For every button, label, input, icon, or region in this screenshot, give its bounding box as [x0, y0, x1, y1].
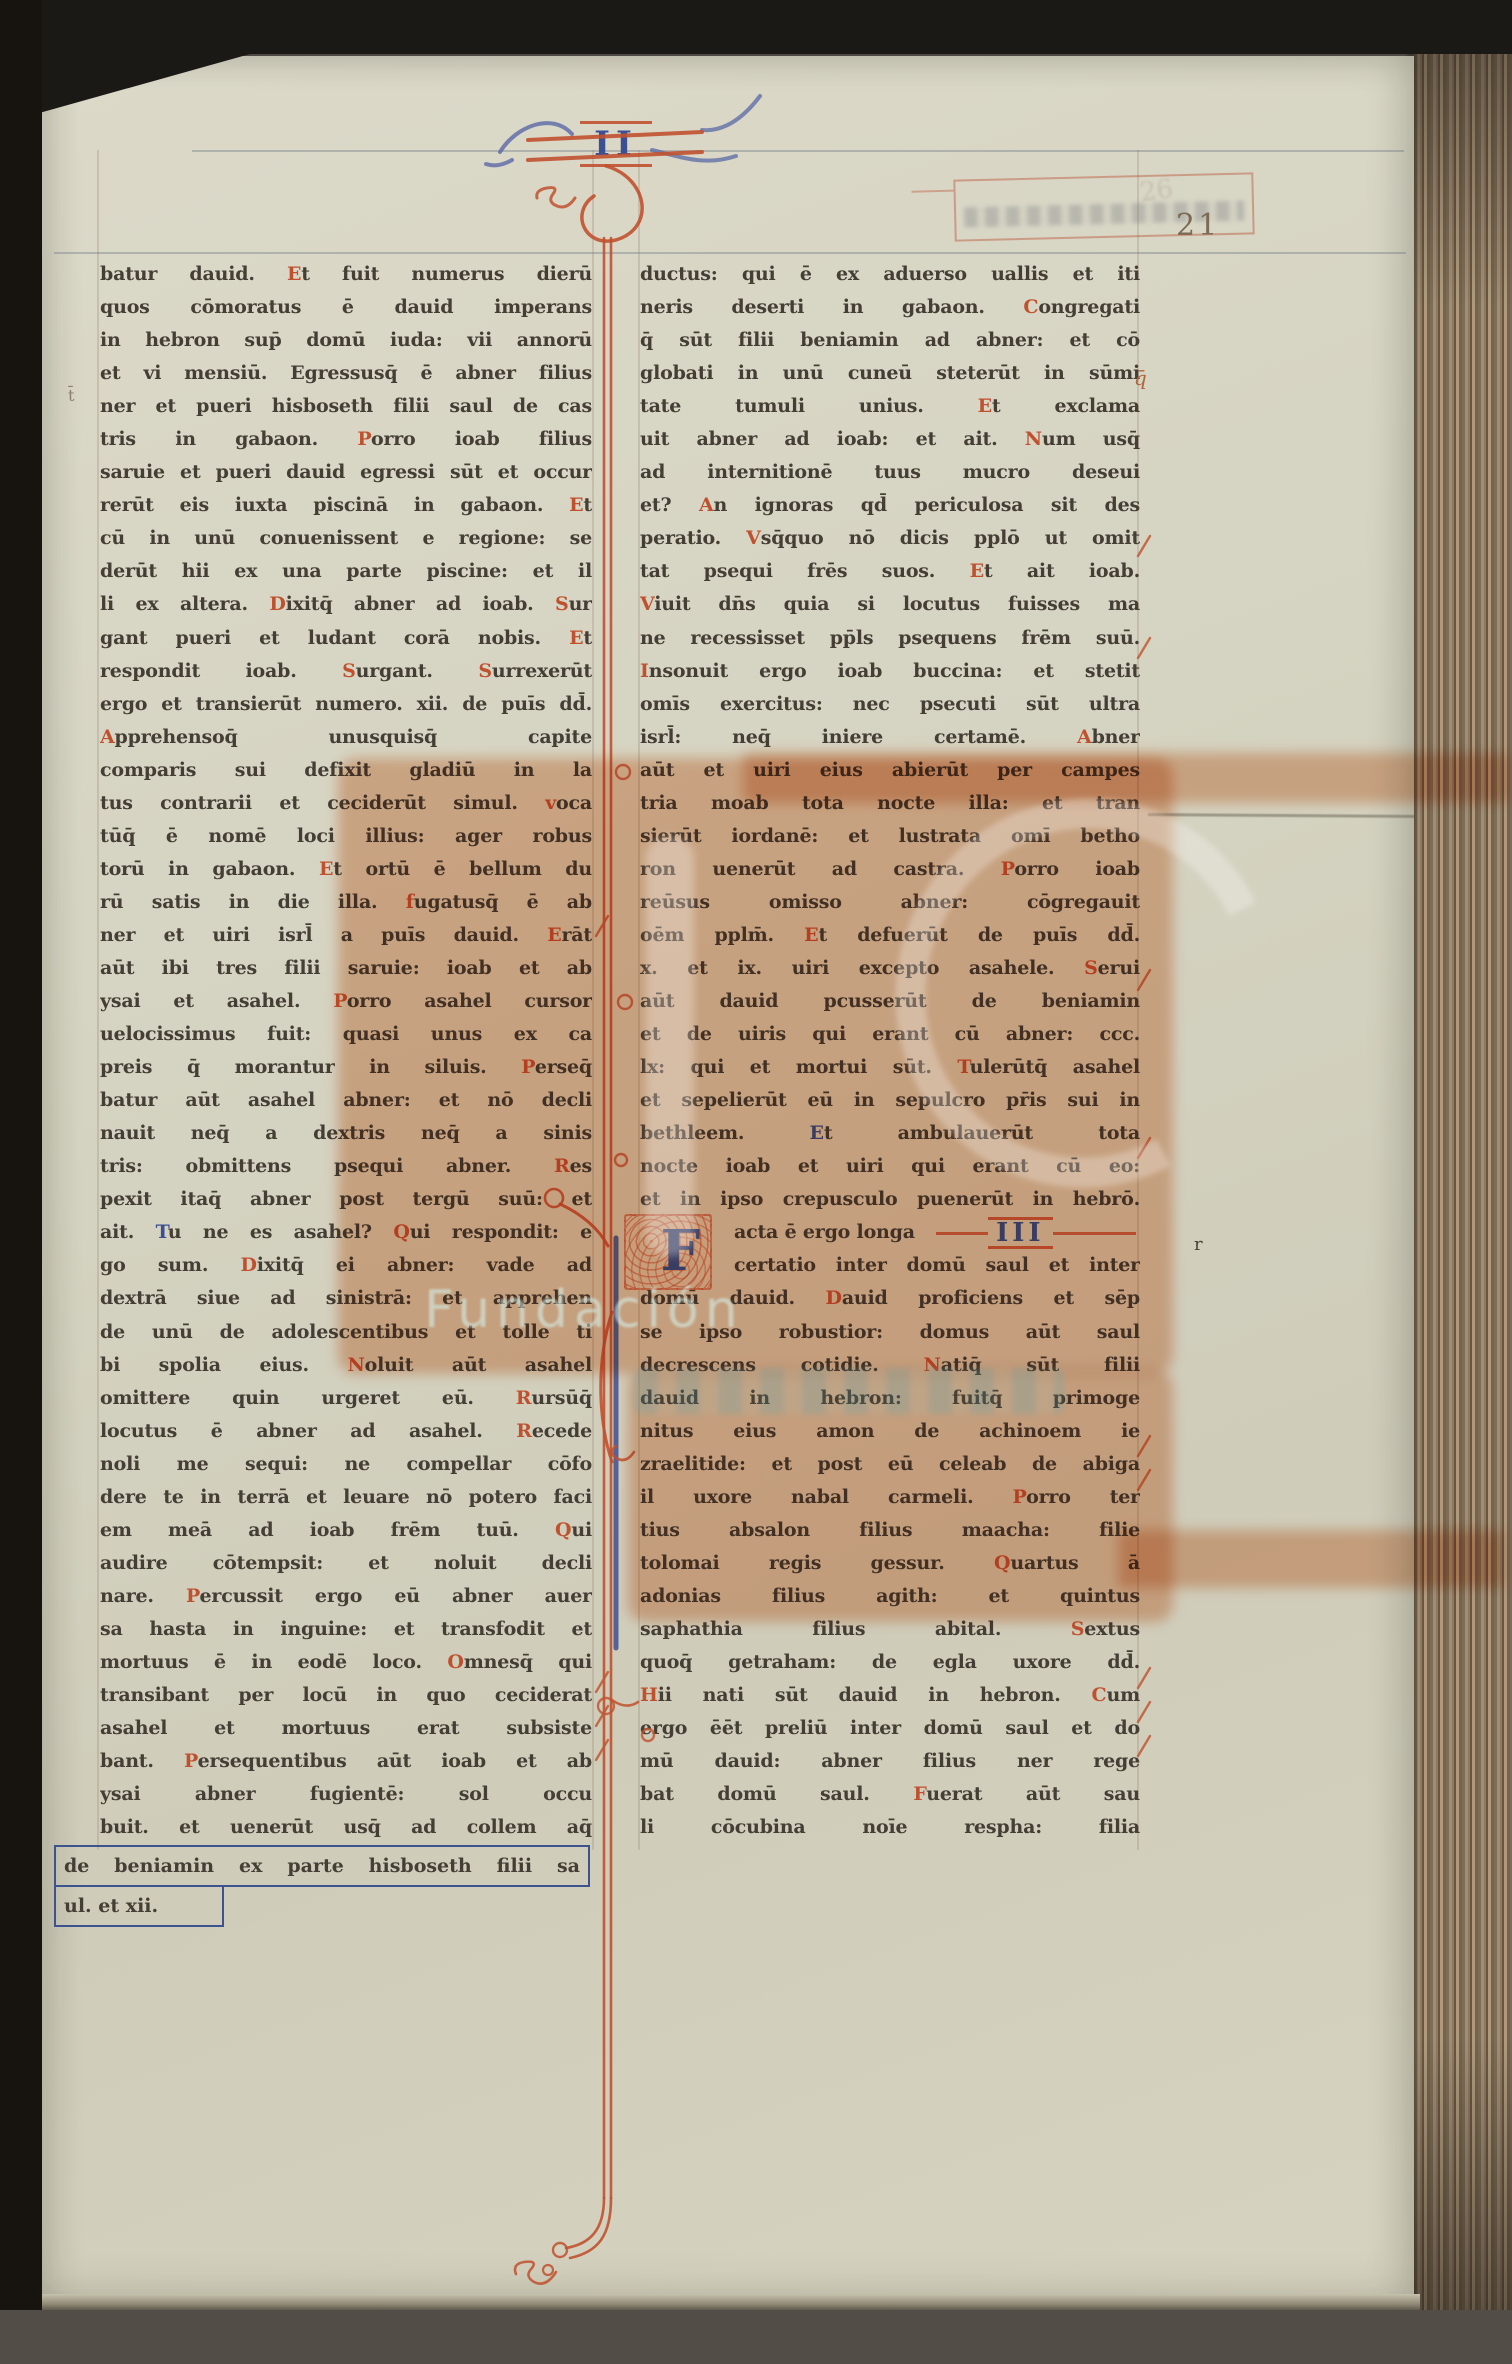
text-line: ron uenerūt ad castra. Porro ioab — [640, 853, 1140, 886]
margin-note-line: ul. et xii. — [54, 1887, 224, 1927]
text-line: et in ipso crepusculo puenerūt in hebrō. — [640, 1183, 1140, 1216]
manuscript-photo: II 26 21 batur dauid. Et fuit numerus di… — [0, 0, 1512, 2364]
text-line: saphathia filius abital. Sextus — [640, 1613, 1140, 1646]
text-line: preis q̄ morantur in siluis. Perseq̄ — [100, 1051, 592, 1084]
text-line: nauit neq̄ a dextris neq̄ a sinis — [100, 1117, 592, 1150]
text-line: rerūt eis iuxta piscinā in gabaon. Et — [100, 489, 592, 522]
text-line: et vi mensiū. Egressusq̄ ē abner filius — [100, 357, 592, 390]
text-line: tolomai regis gessur. Quartus ā — [640, 1547, 1140, 1580]
text-line: tius absalon filius maacha: filie — [640, 1514, 1140, 1547]
text-line: peratio. Vsq̄quo nō dicis pplō ut omit — [640, 522, 1140, 555]
folio-number: 21 — [1176, 208, 1220, 243]
text-line: noli me sequi: ne compellar cōfo — [100, 1448, 592, 1481]
text-line: nocte ioab et uiri qui erant cū eo: — [640, 1150, 1140, 1183]
text-line: sierūt iordanē: et lustrata omī betho — [640, 820, 1140, 853]
rubric-dash — [1053, 1232, 1136, 1235]
text-line: aūt et uiri eius abierūt per campes — [640, 754, 1140, 787]
text-line: isrl̄: neq̄ iniere certamē. Abner — [640, 721, 1140, 754]
text-line: ner et pueri hisboseth filii saul de cas — [100, 390, 592, 423]
text-line: sa hasta in inguine: et transfodit et — [100, 1613, 592, 1646]
margin-note-box: de beniamin ex parte hisboseth filii sa … — [54, 1845, 590, 1927]
text-line: ergo et transierūt numero. xii. de puīs … — [100, 688, 592, 721]
text-line: li cōcubina noīe respha: filia — [640, 1811, 1140, 1844]
text-line: ysai abner fugientē: sol occu — [100, 1778, 592, 1811]
rubric-dash — [936, 1232, 988, 1235]
text-line: Hii nati sūt dauid in hebron. Cum — [640, 1679, 1140, 1712]
text-line: bi spolia eius. Noluit aūt asahel — [100, 1349, 592, 1382]
text-line: neris deserti in gabaon. Congregati — [640, 291, 1140, 324]
text-line: tūq̄ ē nomē loci illius: ager robus — [100, 820, 592, 853]
text-line: audire cōtempsit: et noluit decli — [100, 1547, 592, 1580]
text-line: asahel et mortuus erat subsiste — [100, 1712, 592, 1745]
margin-catchword: q̄ — [1134, 366, 1147, 390]
text-line: gant pueri et ludant corā nobis. Et — [100, 622, 592, 655]
text-line: Viuit dn̄s quia si locutus fuisses ma — [640, 588, 1140, 621]
text-line: bant. Persequentibus aūt ioab et ab — [100, 1745, 592, 1778]
text-line: tris in gabaon. Porro ioab filius — [100, 423, 592, 456]
text-line: cū in unū conuenissent e regione: se — [100, 522, 592, 555]
text-line: Apprehensoq̄ unusquisq̄ capite — [100, 721, 592, 754]
text-line: dere te in terrā et leuare nō potero fac… — [100, 1481, 592, 1514]
text-line: adonias filius agith: et quintus — [640, 1580, 1140, 1613]
photo-background — [0, 0, 42, 2364]
text-line: tria moab tota nocte illa: et tran — [640, 787, 1140, 820]
text-line: locutus ē abner ad asahel. Recede — [100, 1415, 592, 1448]
text-line: decrescens cotidie. Natiq̄ sūt filii — [640, 1349, 1140, 1382]
chapter-initial-f: F — [624, 1214, 712, 1290]
text-line: uit abner ad ioab: et ait. Num usq̄ — [640, 423, 1140, 456]
text-line: reūsus omisso abner: cōgregauit — [640, 886, 1140, 919]
text-line: dauid in hebron: fuitq̄ primoge — [640, 1382, 1140, 1415]
text-line: batur aūt asahel abner: et nō decli — [100, 1084, 592, 1117]
text-line: batur dauid. Et fuit numerus dierū — [100, 258, 592, 291]
text-line: tat psequi frēs suos. Et ait ioab. — [640, 555, 1140, 588]
text-line: se ipso robustior: domus aūt saul — [640, 1316, 1140, 1349]
text-line: q̄ sūt filii beniamin ad abner: et cō — [640, 324, 1140, 357]
text-line: oēm pplm̄. Et defuerūt de puīs dd̄. — [640, 919, 1140, 952]
text-line: mortuus ē in eodē loco. Omnesq̄ qui — [100, 1646, 592, 1679]
text-line: domū dauid. Dauid proficiens et sēp — [640, 1282, 1140, 1315]
ruling-line — [54, 252, 1406, 254]
text-line: respondit ioab. Surgant. Surrexerūt — [100, 655, 592, 688]
ruling-line — [97, 150, 99, 1850]
text-line: x. et ix. uiri excepto asahele. Serui — [640, 952, 1140, 985]
text-line: ait. Tu ne es asahel? Qui respondit: e — [100, 1216, 592, 1249]
text-line: bat domū saul. Fuerat aūt sau — [640, 1778, 1140, 1811]
text-line: comparis sui defixit gladiū in la — [100, 754, 592, 787]
photo-background — [0, 0, 1512, 54]
margin-mark: r — [1194, 1234, 1203, 1255]
text-line: tus contrarii et ceciderūt simul. voca — [100, 787, 592, 820]
text-line: tris: obmittens psequi abner. Res — [100, 1150, 592, 1183]
text-line: ad internitionē tuus mucro deseui — [640, 456, 1140, 489]
text-line: il uxore nabal carmeli. Porro ter — [640, 1481, 1140, 1514]
text-line: uelocissimus fuit: quasi unus ex ca — [100, 1018, 592, 1051]
text-line: em meā ad ioab frēm tuū. Qui — [100, 1514, 592, 1547]
text-line: lx: qui et mortui sūt. Tulerūtq̄ asahel — [640, 1051, 1140, 1084]
text-line: mū dauid: abner filius ner rege — [640, 1745, 1140, 1778]
text-line: li ex altera. Dixitq̄ abner ad ioab. Sur — [100, 588, 592, 621]
text-line: omīs exercitus: nec psecuti sūt ultra — [640, 688, 1140, 721]
text-line: ductus: qui ē ex aduerso uallis et iti — [640, 258, 1140, 291]
text-line: dextrā siue ad sinistrā: et apprehen — [100, 1282, 592, 1315]
text-line: quos cōmoratus ē dauid imperans — [100, 291, 592, 324]
book-fore-edge — [1414, 34, 1512, 2310]
text-line: buit. et uenerūt usq̄ ad collem aq̄ — [100, 1811, 592, 1844]
ruling-line — [592, 150, 594, 1850]
text-line: ysai et asahel. Porro asahel cursor — [100, 985, 592, 1018]
running-title: II — [528, 120, 704, 174]
ruling-line — [192, 150, 1404, 152]
text-line: derūt hii ex una parte piscine: et il — [100, 555, 592, 588]
text-line: de unū de adolescentibus et tolle ti — [100, 1316, 592, 1349]
chapter-numeral-text: III — [988, 1217, 1053, 1249]
text-line: nare. Percussit ergo eū abner auer — [100, 1580, 592, 1613]
text-line: Insonuit ergo ioab buccina: et stetit — [640, 655, 1140, 688]
parchment-crease — [1148, 813, 1416, 818]
text-line: nitus eius amon de achinoem ie — [640, 1415, 1140, 1448]
text-line: pexit itaq̄ abner post tergū suū: et — [100, 1183, 592, 1216]
text-line: et sepelierūt eū in sepulcro pr̄is sui i… — [640, 1084, 1140, 1117]
text-column-left: batur dauid. Et fuit numerus dierūquos c… — [100, 258, 592, 1844]
text-line: globati in unū cuneū steterūt in sūmi — [640, 357, 1140, 390]
text-line: in hebron sup̄ domū iuda: vii annorū — [100, 324, 592, 357]
margin-mark: t̄ — [68, 386, 74, 405]
text-line: rū satis in die illa. fugatusq̄ ē ab — [100, 886, 592, 919]
text-line: ne recessisset pp̄ls psequens frēm suū. — [640, 622, 1140, 655]
text-column-right: F III ductus: qui ē ex aduerso uallis et… — [640, 258, 1140, 1844]
text-line: go sum. Dixitq̄ ei abner: vade ad — [100, 1249, 592, 1282]
text-line: ergo ēēt preliū inter domū saul et do — [640, 1712, 1140, 1745]
text-line: torū in gabaon. Et ortū ē bellum du — [100, 853, 592, 886]
text-line: aūt dauid pcusserūt de beniamin — [640, 985, 1140, 1018]
text-line: et de uiris qui erant cū abner: ccc. — [640, 1018, 1140, 1051]
text-line: tate tumuli unius. Et exclama — [640, 390, 1140, 423]
photo-background — [0, 2310, 1512, 2364]
text-line: ner et uiri isrl̄ a puīs dauid. Erāt — [100, 919, 592, 952]
manuscript-page: II 26 21 batur dauid. Et fuit numerus di… — [42, 56, 1414, 2306]
text-line: transibant per locū in quo ceciderat — [100, 1679, 592, 1712]
running-title-numeral: II — [580, 121, 652, 167]
chapter-numeral: III — [936, 1220, 1136, 1246]
text-line: aūt ibi tres filii saruie: ioab et ab — [100, 952, 592, 985]
text-line: bethleem. Et ambulauerūt tota — [640, 1117, 1140, 1150]
text-line: et? An ignoras qd̄ periculosa sit des — [640, 489, 1140, 522]
text-line: saruie et pueri dauid egressi sūt et occ… — [100, 456, 592, 489]
text-line: omittere quin urgeret eū. Rursūq̄ — [100, 1382, 592, 1415]
initial-letter: F — [660, 1218, 700, 1284]
ghost-folio-number: 26 — [1138, 174, 1175, 208]
text-line: quoq̄ getraham: de egla uxore dd̄. — [640, 1646, 1140, 1679]
margin-note-line: de beniamin ex parte hisboseth filii sa — [54, 1845, 590, 1887]
text-line: certatio inter domū saul et inter — [640, 1249, 1140, 1282]
text-line: zraelitide: et post eū celeab de abiga — [640, 1448, 1140, 1481]
